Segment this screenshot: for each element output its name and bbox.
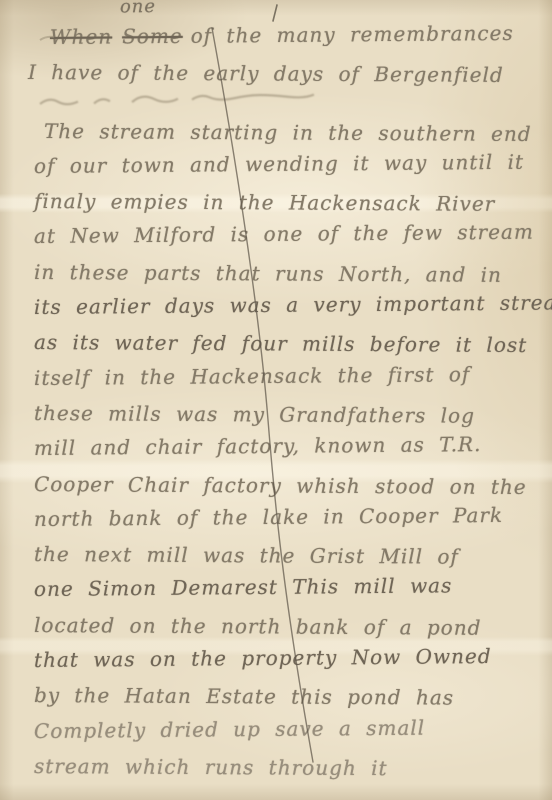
handwriting-line: Completly dried up save a small: [34, 709, 546, 749]
handwriting-text-block: WhenoneSomeof the many remembrances I ha…: [34, 20, 546, 784]
handwriting-line: its earlier days was a very important st…: [34, 286, 546, 326]
handwriting-line: north bank of the lake in Cooper Park: [34, 497, 546, 537]
manuscript-page: WhenoneSomeof the many remembrances I ha…: [0, 0, 552, 800]
handwriting-line: itself in the Hackensack the first of: [34, 356, 546, 396]
handwriting-line: one Simon Demarest This mill was: [34, 568, 546, 608]
handwriting-line: of our town and wending it way until it: [34, 144, 546, 184]
inserted-word: one: [120, 0, 156, 16]
handwriting-line: mill and chair factory, known as T.R.: [34, 427, 546, 467]
line-text: of the many remembrances: [191, 21, 514, 48]
erased-text-smudge: [34, 88, 364, 111]
handwriting-line: WhenoneSomeof the many remembrances: [50, 16, 546, 56]
handwriting-line: stream which runs through it: [34, 749, 546, 787]
crossed-out-word: Some: [122, 24, 183, 49]
erased-line: [34, 86, 546, 113]
crossed-out-word: When: [50, 24, 112, 49]
handwriting-line: at New Milford is one of the few stream: [34, 215, 546, 255]
handwriting-line: that was on the property Now Owned: [34, 639, 546, 679]
insertion-wrap: oneSome: [112, 19, 183, 55]
